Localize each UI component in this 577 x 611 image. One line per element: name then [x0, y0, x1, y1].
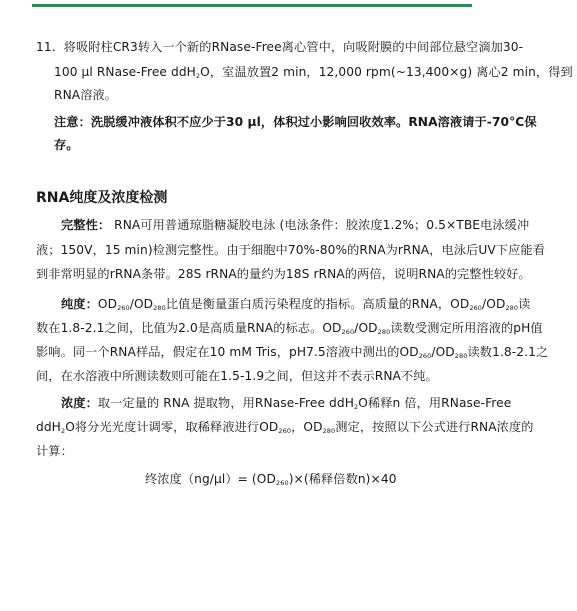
header-rule	[32, 4, 472, 7]
concentration-line-3: 计算：	[36, 444, 73, 458]
purity-line-1: 纯度：OD260/OD280比值是衡量蛋白质污染程度的指标。高质量的RNA，OD…	[61, 297, 530, 311]
concentration-formula: 终浓度（ng/µl）= (OD260)×(稀释倍数n)×40	[145, 472, 397, 486]
step-11-line-1: 11. 将吸附柱CR3转入一个新的RNase-Free离心管中，向吸附膜的中间部…	[36, 40, 523, 54]
note-line-1: 注意：洗脱缓冲液体积不应少于30 µl，体积过小影响回收效率。RNA溶液请于-7…	[54, 115, 537, 129]
step-number: 11.	[36, 40, 56, 54]
note-line-2: 存。	[54, 138, 79, 152]
integrity-line-1: 完整性： RNA可用普通琼脂糖凝胶电泳 (电泳条件：胶浓度1.2%；0.5×TB…	[61, 218, 529, 232]
integrity-line-3: 到非常明显的rRNA条带。28S rRNA的量约为18S rRNA的两倍，说明R…	[36, 267, 531, 281]
step-11-line-3: RNA溶液。	[54, 88, 117, 102]
purity-label: 纯度：	[61, 297, 98, 311]
step-11-line-2: 100 µl RNase-Free ddH2O，室温放置2 min，12,000…	[54, 65, 573, 79]
purity-line-3: 影响。同一个RNA样品，假定在10 mM Tris，pH7.5溶液中测出的OD2…	[36, 345, 548, 359]
concentration-line-2: ddH2O将分光光度计调零，取稀释液进行OD260，OD280测定，按照以下公式…	[36, 420, 534, 434]
purity-line-2: 数在1.8-2.1之间，比值为2.0是高质量RNA的标志。OD260/OD280…	[36, 321, 543, 335]
integrity-label: 完整性：	[61, 218, 110, 232]
concentration-line-1: 浓度：取一定量的 RNA 提取物，用RNase-Free ddH2O稀释n 倍，…	[61, 396, 511, 410]
concentration-label: 浓度：	[61, 396, 98, 410]
integrity-line-2: 液；150V，15 min)检测完整性。由于细胞中70%-80%的RNA为rRN…	[36, 243, 545, 257]
purity-line-4: 间，在水溶液中所测读数则可能在1.5-1.9之间，但这并不表示RNA不纯。	[36, 369, 438, 383]
section-title: RNA纯度及浓度检测	[36, 187, 167, 207]
